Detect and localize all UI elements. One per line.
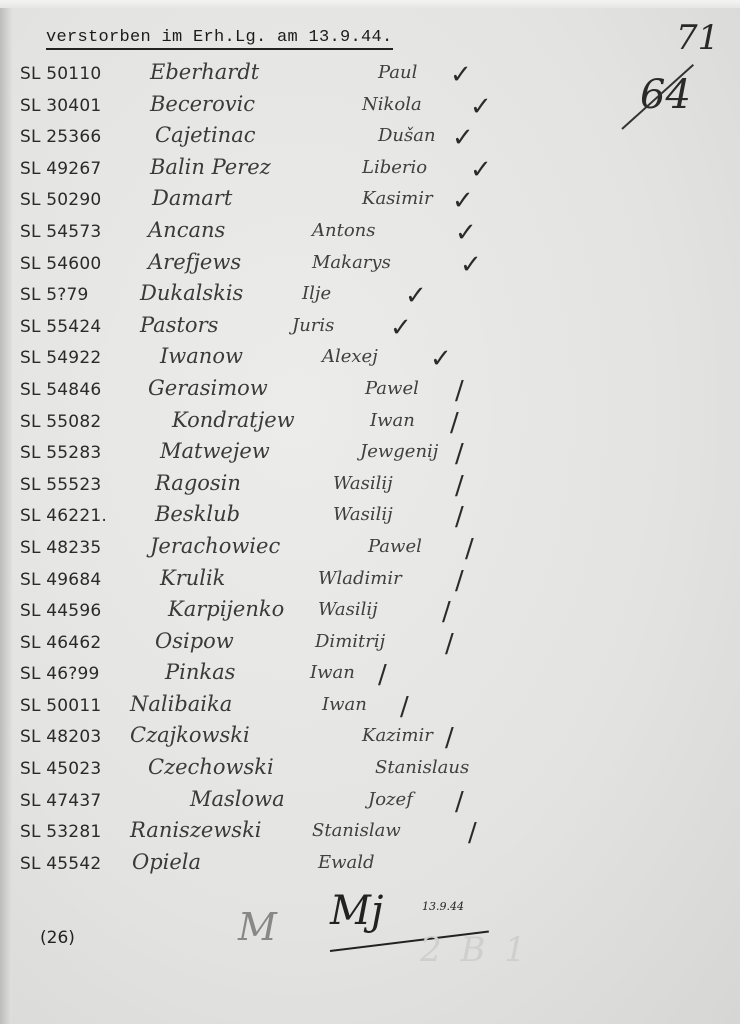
entry-number: SL 54600: [20, 254, 101, 274]
entry-row: SL 46462OsipowDimitrij/: [0, 629, 740, 661]
entry-number: SL 54573: [20, 222, 101, 242]
entry-given-name: Makarys: [312, 252, 391, 273]
entry-number: SL 25366: [20, 127, 101, 147]
page-count-label: (26): [40, 928, 75, 948]
entry-number: SL 49684: [20, 570, 101, 590]
entry-number: SL 55424: [20, 317, 101, 337]
entry-surname: Karpijenko: [168, 597, 284, 621]
entry-surname: Kondratjew: [172, 408, 295, 432]
check-mark-icon: /: [400, 692, 409, 722]
entry-row: SL 46?99PinkasIwan/: [0, 660, 740, 692]
entry-row: SL 50110EberhardtPaul✓: [0, 60, 740, 92]
check-mark-icon: /: [442, 597, 451, 627]
entry-surname: Raniszewski: [130, 818, 262, 842]
check-mark-icon: ✓: [455, 218, 477, 248]
check-mark-icon: ✓: [452, 186, 474, 216]
entry-given-name: Iwan: [370, 410, 415, 431]
entry-surname: Matwejew: [160, 439, 270, 463]
entry-row: SL 49684KrulikWladimir/: [0, 566, 740, 598]
check-mark-icon: /: [378, 660, 387, 690]
entry-surname: Jerachowiec: [150, 534, 280, 558]
initials: M: [238, 905, 277, 949]
entry-given-name: Antons: [312, 220, 376, 241]
entry-row: SL 54573AncansAntons✓: [0, 218, 740, 250]
check-mark-icon: /: [445, 723, 454, 753]
entry-row: SL 5?79DukalskisIlje✓: [0, 281, 740, 313]
check-mark-icon: ✓: [450, 60, 472, 90]
entry-number: SL 55283: [20, 443, 101, 463]
check-mark-icon: /: [450, 408, 459, 438]
entry-surname: Becerovic: [150, 92, 255, 116]
entry-row: SL 54922IwanowAlexej✓: [0, 344, 740, 376]
check-mark-icon: ✓: [390, 313, 412, 343]
entry-surname: Cajetinac: [155, 123, 256, 147]
check-mark-icon: /: [455, 471, 464, 501]
entry-surname: Opiela: [132, 850, 201, 874]
entry-row: SL 55283MatwejewJewgenij/: [0, 439, 740, 471]
entry-given-name: Ilje: [302, 283, 331, 304]
entry-surname: Ancans: [148, 218, 225, 242]
entry-given-name: Dušan: [378, 125, 436, 146]
entry-given-name: Paul: [378, 62, 417, 83]
entry-row: SL 47437MaslowaJozef/: [0, 787, 740, 819]
entry-row: SL 55523RagosinWasilij/: [0, 471, 740, 503]
entry-given-name: Stanislaus: [375, 757, 469, 778]
entry-given-name: Ewald: [318, 852, 375, 873]
entry-number: SL 49267: [20, 159, 101, 179]
check-mark-icon: /: [465, 534, 474, 564]
signature: Mj: [330, 888, 383, 934]
check-mark-icon: /: [455, 502, 464, 532]
check-mark-icon: ✓: [430, 344, 452, 374]
entry-surname: Arefjews: [148, 250, 241, 274]
folio-number: 71: [676, 18, 719, 58]
entry-given-name: Iwan: [322, 694, 367, 715]
entry-row: SL 54846GerasimowPawel/: [0, 376, 740, 408]
entry-surname: Eberhardt: [150, 60, 259, 84]
entry-given-name: Jewgenij: [360, 441, 438, 462]
entry-number: SL 45023: [20, 759, 101, 779]
entry-number: SL 53281: [20, 822, 101, 842]
entry-number: SL 47437: [20, 791, 101, 811]
entry-surname: Pastors: [140, 313, 218, 337]
entry-surname: Ragosin: [155, 471, 241, 495]
check-mark-icon: /: [455, 787, 464, 817]
entry-row: SL 44596KarpijenkoWasilij/: [0, 597, 740, 629]
entry-number: SL 54846: [20, 380, 101, 400]
entry-given-name: Wasilij: [318, 599, 378, 620]
check-mark-icon: ✓: [405, 281, 427, 311]
entry-number: SL 46?99: [20, 664, 100, 684]
check-mark-icon: /: [468, 818, 477, 848]
entry-surname: Krulik: [160, 566, 225, 590]
entry-given-name: Wasilij: [333, 473, 393, 494]
entry-number: SL 50011: [20, 696, 101, 716]
entry-given-name: Dimitrij: [315, 631, 385, 652]
entry-surname: Besklub: [155, 502, 240, 526]
check-mark-icon: /: [455, 566, 464, 596]
entry-given-name: Stanislaw: [312, 820, 401, 841]
check-mark-icon: /: [445, 629, 454, 659]
entry-given-name: Kazimir: [362, 725, 433, 746]
entry-list: SL 50110EberhardtPaul✓SL 30401BecerovicN…: [0, 60, 740, 881]
entry-given-name: Iwan: [310, 662, 355, 683]
entry-row: SL 55424PastorsJuris✓: [0, 313, 740, 345]
entry-row: SL 50011NalibaikaIwan/: [0, 692, 740, 724]
check-mark-icon: ✓: [470, 155, 492, 185]
entry-row: SL 25366CajetinacDušan✓: [0, 123, 740, 155]
entry-given-name: Pawel: [365, 378, 419, 399]
entry-surname: Damart: [152, 186, 232, 210]
check-mark-icon: ✓: [460, 250, 482, 280]
entry-surname: Dukalskis: [140, 281, 243, 305]
entry-given-name: Pawel: [368, 536, 422, 557]
entry-surname: Gerasimow: [148, 376, 268, 400]
signature-date: 13.9.44: [422, 900, 464, 913]
page-edge-top: [0, 0, 740, 8]
entry-number: SL 45542: [20, 854, 101, 874]
entry-row: SL 55082KondratjewIwan/: [0, 408, 740, 440]
entry-number: SL 50110: [20, 64, 101, 84]
entry-row: SL 49267Balin PerezLiberio✓: [0, 155, 740, 187]
document-heading: verstorben im Erh.Lg. am 13.9.44.: [46, 28, 393, 50]
check-mark-icon: /: [455, 439, 464, 469]
entry-number: SL 48235: [20, 538, 101, 558]
entry-number: SL 50290: [20, 190, 101, 210]
entry-surname: Iwanow: [160, 344, 243, 368]
entry-row: SL 48203CzajkowskiKazimir/: [0, 723, 740, 755]
entry-surname: Maslowa: [190, 787, 285, 811]
entry-row: SL 48235JerachowiecPawel/: [0, 534, 740, 566]
entry-number: SL 55523: [20, 475, 101, 495]
entry-given-name: Juris: [292, 315, 334, 336]
entry-number: SL 30401: [20, 96, 101, 116]
faint-annotation: 2 B 1: [420, 930, 530, 970]
entry-given-name: Wladimir: [318, 568, 402, 589]
document-page: verstorben im Erh.Lg. am 13.9.44. 71 64 …: [0, 0, 740, 1024]
entry-number: SL 44596: [20, 601, 101, 621]
entry-surname: Pinkas: [165, 660, 235, 684]
entry-given-name: Jozef: [368, 789, 413, 810]
entry-given-name: Alexej: [322, 346, 378, 367]
entry-surname: Nalibaika: [130, 692, 232, 716]
entry-number: SL 46221.: [20, 506, 107, 526]
entry-given-name: Nikola: [362, 94, 422, 115]
entry-surname: Balin Perez: [150, 155, 271, 179]
check-mark-icon: ✓: [452, 123, 474, 153]
entry-row: SL 54600ArefjewsMakarys✓: [0, 250, 740, 282]
entry-row: SL 45542OpielaEwald: [0, 850, 740, 882]
entry-surname: Czajkowski: [130, 723, 250, 747]
entry-row: SL 46221.BesklubWasilij/: [0, 502, 740, 534]
entry-row: SL 53281RaniszewskiStanislaw/: [0, 818, 740, 850]
entry-number: SL 46462: [20, 633, 101, 653]
entry-number: SL 48203: [20, 727, 101, 747]
entry-row: SL 50290DamartKasimir✓: [0, 186, 740, 218]
check-mark-icon: /: [455, 376, 464, 406]
entry-number: SL 55082: [20, 412, 101, 432]
entry-number: SL 5?79: [20, 285, 89, 305]
entry-given-name: Liberio: [362, 157, 427, 178]
entry-surname: Osipow: [155, 629, 234, 653]
check-mark-icon: ✓: [470, 92, 492, 122]
entry-given-name: Kasimir: [362, 188, 433, 209]
entry-row: SL 45023CzechowskiStanislaus: [0, 755, 740, 787]
entry-given-name: Wasilij: [333, 504, 393, 525]
entry-surname: Czechowski: [148, 755, 274, 779]
entry-number: SL 54922: [20, 348, 101, 368]
entry-row: SL 30401BecerovicNikola✓: [0, 92, 740, 124]
